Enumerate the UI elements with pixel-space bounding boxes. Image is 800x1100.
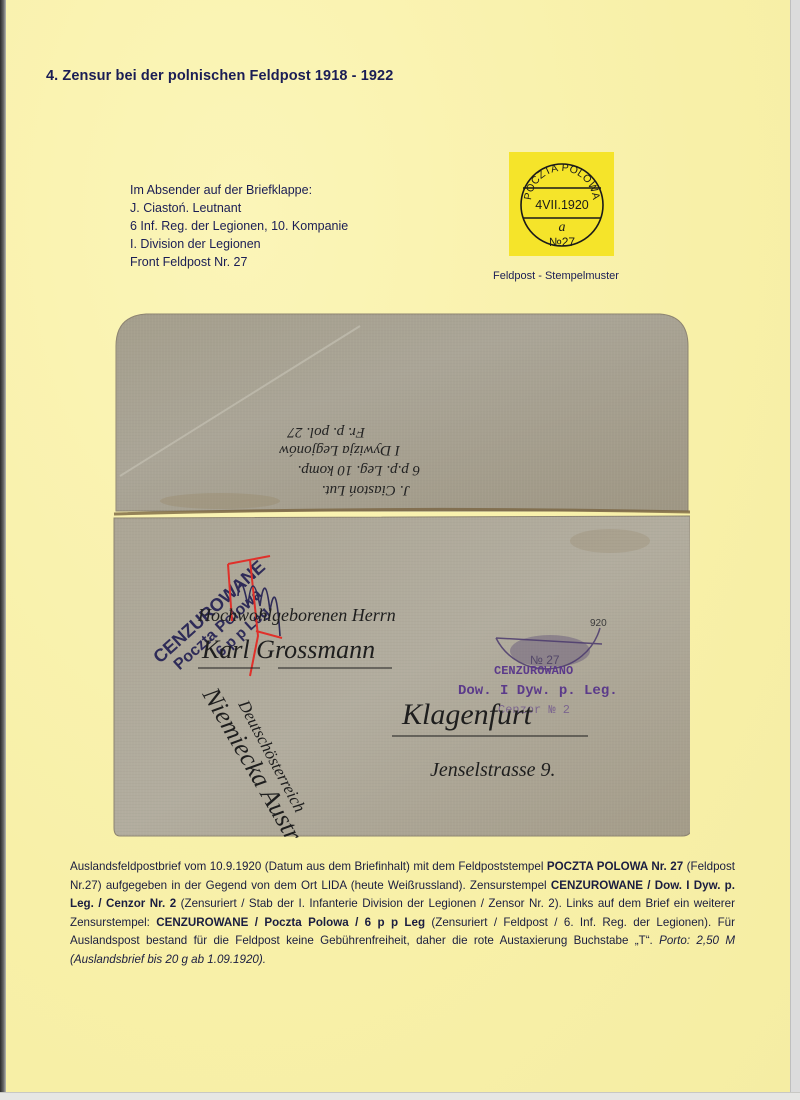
scanner-edge-bottom xyxy=(0,1092,800,1100)
sender-info-block: Im Absender auf der Briefklappe: J. Cias… xyxy=(130,181,348,271)
svg-text:Karl Grossmann: Karl Grossmann xyxy=(201,635,375,664)
svg-text:J. Ciastoń Lut.: J. Ciastoń Lut. xyxy=(322,482,410,498)
svg-text:POCZTA POLOWA: POCZTA POLOWA xyxy=(522,162,602,201)
sender-line: Im Absender auf der Briefklappe: xyxy=(130,181,348,199)
svg-text:Hochwohlgeborenen Herrn: Hochwohlgeborenen Herrn xyxy=(197,605,396,625)
page-title: 4. Zensur bei der polnischen Feldpost 19… xyxy=(46,68,393,84)
svg-text:№27: №27 xyxy=(549,235,576,249)
svg-text:4VII.1920: 4VII.1920 xyxy=(535,198,589,212)
scanner-edge-right xyxy=(790,0,800,1100)
svg-text:I Dywizja Legjonów: I Dywizja Legjonów xyxy=(279,442,401,458)
description-segment: Auslandsfeldpostbrief vom 10.9.1920 (Dat… xyxy=(70,860,547,873)
postmark-circle-icon: POCZTA POLOWA 4VII.1920 a №27 xyxy=(509,152,614,256)
postmark-caption: Feldpost - Stempelmuster xyxy=(493,270,619,282)
sender-line: Front Feldpost Nr. 27 xyxy=(130,253,348,271)
sender-line: 6 Inf. Reg. der Legionen, 10. Kompanie xyxy=(130,217,348,235)
svg-text:Klagenfurt: Klagenfurt xyxy=(401,698,533,731)
sender-line: J. Ciastoń. Leutnant xyxy=(130,199,348,217)
svg-text:Jenselstrasse 9.: Jenselstrasse 9. xyxy=(430,759,556,781)
description-segment: POCZTA POLOWA Nr. 27 xyxy=(547,860,683,873)
description-segment: CENZUROWANE / Poczta Polowa / 6 p p Leg xyxy=(156,916,425,929)
svg-text:6 p.p. Leg. 10 komp.: 6 p.p. Leg. 10 komp. xyxy=(298,462,421,478)
svg-text:Dow. I Dyw. p. Leg.: Dow. I Dyw. p. Leg. xyxy=(458,683,618,699)
svg-text:Fr. p. pol. 27: Fr. p. pol. 27 xyxy=(286,424,366,440)
postmark-sample: POCZTA POLOWA 4VII.1920 a №27 xyxy=(509,152,614,256)
description-text: Auslandsfeldpostbrief vom 10.9.1920 (Dat… xyxy=(70,858,735,970)
svg-text:a: a xyxy=(559,220,566,235)
sender-line: I. Division der Legionen xyxy=(130,235,348,253)
svg-text:CENZUROWANO: CENZUROWANO xyxy=(494,664,573,678)
svg-text:920: 920 xyxy=(590,618,607,629)
envelope-image: J. Ciastoń Lut. 6 p.p. Leg. 10 komp. I D… xyxy=(110,306,690,838)
